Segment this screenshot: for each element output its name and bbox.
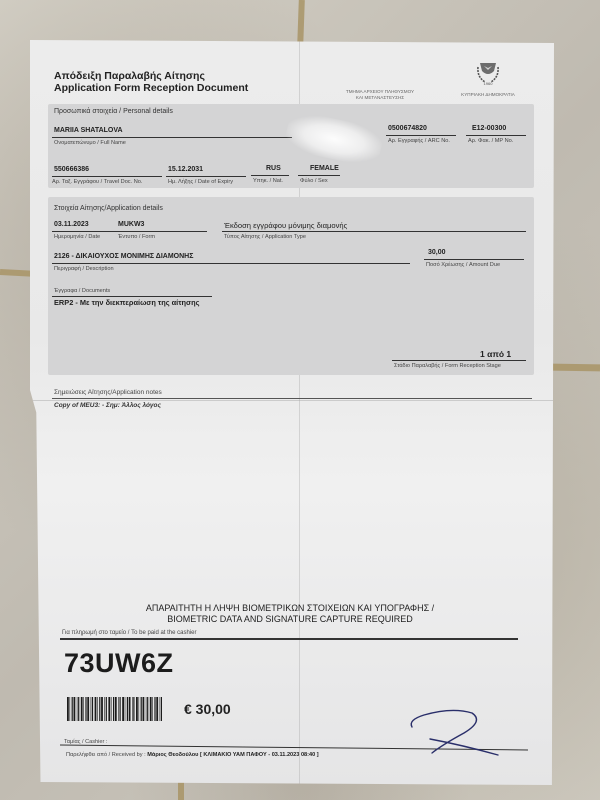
divider — [60, 638, 518, 640]
mp-number-label: Αρ. Φακ. / MP No. — [468, 138, 513, 144]
travel-doc-label: Αρ. Ταξ. Εγγράφου / Travel Doc. No. — [52, 179, 142, 185]
underline — [298, 175, 340, 176]
application-date-value: 03.11.2023 — [54, 221, 89, 228]
biometric-notice-english: BIOMETRIC DATA AND SIGNATURE CAPTURE REQ… — [70, 614, 510, 625]
arc-number-label: Αρ. Εγγραφής / ARC No. — [388, 138, 450, 144]
title-greek: Απόδειξη Παραλαβής Αίτησης — [54, 70, 248, 82]
nationality-value: RUS — [266, 165, 281, 172]
fold-crease — [30, 400, 554, 401]
underline — [222, 231, 526, 232]
personal-details-panel: Προσωπικά στοιχεία / Personal details MA… — [48, 104, 534, 188]
personal-section-title: Προσωπικά στοιχεία / Personal details — [54, 108, 173, 115]
sex-value: FEMALE — [310, 165, 339, 172]
application-date-label: Ημερομηνία / Date — [54, 234, 100, 240]
light-glare — [283, 109, 385, 168]
divider — [52, 398, 532, 399]
ministry-name: ΤΜΗΜΑ ΑΡΧΕΙΟΥ ΠΛΗΘΥΣΜΟΥ ΚΑΙ ΜΕΤΑΝΑΣΤΕΥΣΗ… — [335, 89, 425, 101]
travel-doc-value: 550666386 — [54, 166, 89, 173]
application-type-value: Έκδοση εγγράφου μόνιμης διαμονής — [224, 221, 347, 230]
underline — [251, 175, 289, 176]
republic-name: ΚΥΠΡΙΑΚΗ ΔΗΜΟΚΡΑΤΙΑ — [448, 92, 528, 97]
reception-stage-value: 1 από 1 — [480, 349, 511, 359]
underline — [424, 259, 524, 260]
underline — [52, 296, 212, 297]
received-by-label: Παρελήφθει από / Received by : — [66, 752, 146, 758]
payment-amount: € 30,00 — [184, 701, 231, 717]
amount-due-label: Ποσό Χρέωσης / Amount Due — [426, 262, 500, 268]
application-details-panel: Στοιχεία Αίτησης/Application details 03.… — [48, 197, 534, 375]
description-label: Περιγραφή / Description — [54, 266, 114, 272]
underline — [392, 360, 526, 361]
underline — [52, 231, 207, 232]
application-notes-value: Copy of MEU3: - Σημ: Άλλος λόγος — [54, 402, 161, 409]
handwritten-signature — [402, 705, 512, 760]
received-by: Παρελήφθει από / Received by : Μάριος Θε… — [66, 752, 319, 758]
biometric-notice-greek: ΑΠΑΡΑΙΤΗΤΗ Η ΛΗΨΗ ΒΙΟΜΕΤΡΙΚΩΝ ΣΤΟΙΧΕΙΩΝ … — [70, 603, 510, 614]
expiry-date-value: 15.12.2031 — [168, 166, 203, 173]
documents-label: Έγγραφα / Documents — [54, 288, 110, 294]
svg-text:1960: 1960 — [484, 81, 494, 86]
full-name-value: MARIIA SHATALOVA — [54, 127, 123, 134]
application-section-title: Στοιχεία Αίτησης/Application details — [54, 205, 163, 212]
expiry-date-label: Ημ. Λήξης / Date of Expiry — [168, 179, 233, 185]
nationality-label: Υπηκ. / Nat. — [253, 178, 283, 184]
sex-label: Φύλο / Sex — [300, 178, 328, 184]
underline — [466, 135, 526, 136]
form-label: Έντυπο / Form — [118, 234, 155, 240]
coat-of-arms-icon: 1960 — [473, 57, 503, 87]
underline — [386, 135, 456, 136]
underline — [52, 137, 292, 138]
amount-due-value: 30,00 — [428, 249, 446, 256]
application-type-label: Τύπος Αίτησης / Application Type — [224, 234, 306, 240]
payment-code: 73UW6Z — [64, 648, 174, 679]
barcode-icon — [67, 697, 162, 721]
full-name-label: Ονοματεπώνυμο / Full Name — [54, 140, 126, 146]
tile-grout — [178, 782, 184, 800]
ministry-line-2: ΚΑΙ ΜΕΤΑΝΑΣΤΕΥΣΗΣ — [335, 95, 425, 101]
received-by-value: Μάριος Θεοδούλου [ ΚΛΙΜΑΚΙΟ ΥΑΜ ΠΑΦΟΥ - … — [147, 752, 318, 758]
documents-value: ERP2 - Με την διεκπεραίωση της αίτησης — [54, 298, 199, 307]
underline — [166, 176, 246, 177]
application-notes-label: Σημειώσεις Αίτησης/Application notes — [54, 389, 162, 396]
biometric-notice: ΑΠΑΡΑΙΤΗΤΗ Η ΛΗΨΗ ΒΙΟΜΕΤΡΙΚΩΝ ΣΤΟΙΧΕΙΩΝ … — [70, 603, 510, 625]
title-english: Application Form Reception Document — [54, 82, 248, 94]
description-value: 2126 - ΔΙΚΑΙΟΥΧΟΣ ΜΟΝΙΜΗΣ ΔΙΑΜΟΝΗΣ — [54, 253, 193, 260]
form-value: MUKW3 — [118, 221, 144, 228]
reception-document: Απόδειξη Παραλαβής Αίτησης Application F… — [30, 40, 554, 785]
document-title: Απόδειξη Παραλαβής Αίτησης Application F… — [54, 70, 248, 94]
tile-grout — [297, 0, 305, 46]
cashier-payment-note: Για πληρωμή στο ταμείο / To be paid at t… — [62, 630, 196, 636]
tile-grout — [552, 364, 600, 372]
reception-stage-label: Στάδιο Παραλαβής / Form Reception Stage — [394, 363, 501, 369]
underline — [52, 263, 410, 264]
arc-number-value: 0500674820 — [388, 125, 427, 132]
mp-number-value: E12-00300 — [472, 125, 506, 132]
underline — [52, 176, 162, 177]
